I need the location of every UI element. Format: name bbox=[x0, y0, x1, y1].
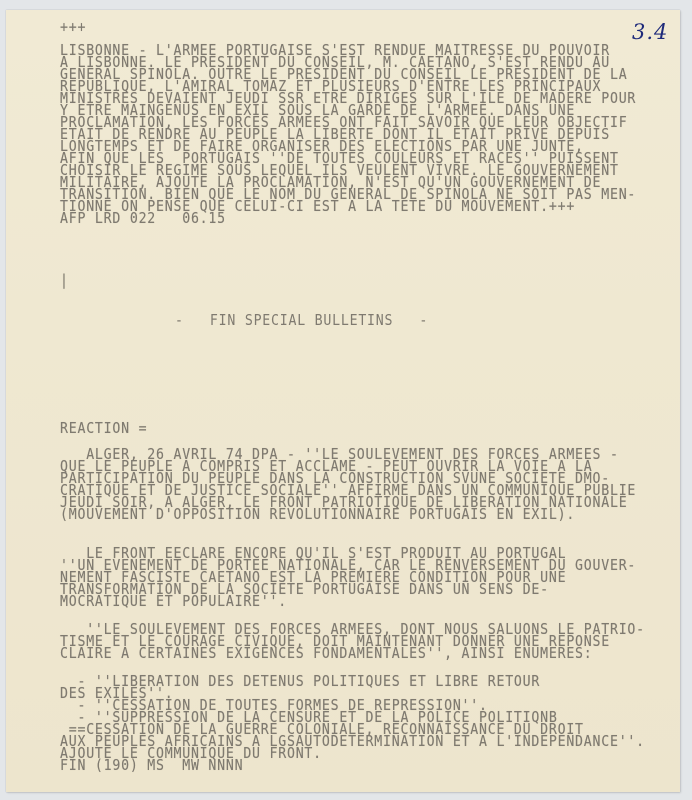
dispatch-signature: AFP LRD 022 06.15 bbox=[60, 212, 226, 225]
end-of-transmission: FIN (190) MS MW NNNN bbox=[60, 759, 243, 772]
text-line: MOCRATIQUE ET POPULAIRE''. bbox=[60, 595, 287, 608]
cursor-mark: | bbox=[60, 274, 69, 287]
end-banner: - FIN SPECIAL BULLETINS - bbox=[175, 314, 428, 327]
text-line: CLAIRE A CERTAINES EXIGENCES FONDAMENTAL… bbox=[60, 647, 593, 660]
text-line: (MOUVEMENT D'OPPOSITION REVOLUTIONNAIRE … bbox=[60, 508, 575, 521]
section-heading: REACTION = bbox=[60, 422, 147, 435]
header-marker: +++ bbox=[60, 21, 86, 34]
handwritten-page-number: 3.4 bbox=[632, 20, 668, 44]
